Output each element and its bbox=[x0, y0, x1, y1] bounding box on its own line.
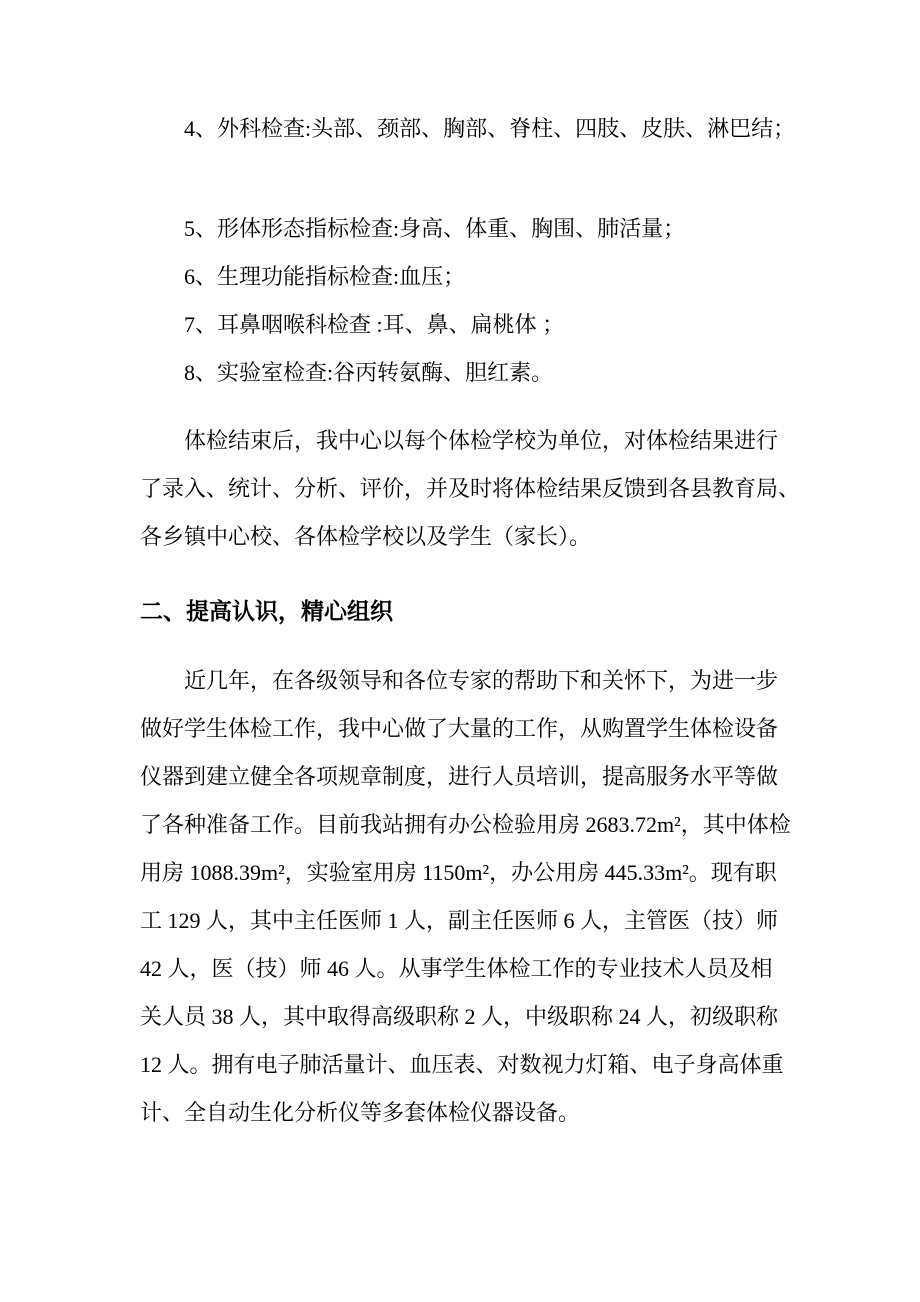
paragraph-line: 了各种准备工作。目前我站拥有办公检验用房 2683.72m²，其中体检 bbox=[140, 801, 817, 849]
document-page: 4、外科检查:头部、颈部、胸部、脊柱、四肢、皮肤、淋巴结； 5、形体形态指标检查… bbox=[0, 0, 920, 1302]
list-item-6-physiological-indicators: 6、生理功能指标检查:血压； bbox=[140, 253, 817, 301]
paragraph-line: 各乡镇中心校、各体检学校以及学生（家长）。 bbox=[140, 513, 817, 561]
paragraph-line: 12 人。拥有电子肺活量计、血压表、对数视力灯箱、电子身高体重 bbox=[140, 1041, 817, 1089]
list-item-7-ent-exam: 7、耳鼻咽喉科检查 :耳、鼻、扁桃体 ； bbox=[140, 301, 817, 349]
paragraph-line: 近几年，在各级领导和各位专家的帮助下和关怀下，为进一步 bbox=[140, 657, 817, 705]
paragraph-line: 做好学生体检工作，我中心做了大量的工作，从购置学生体检设备 bbox=[140, 705, 817, 753]
paragraph-line: 仪器到建立健全各项规章制度，进行人员培训，提高服务水平等做 bbox=[140, 753, 817, 801]
paragraph-line: 用房 1088.39m²，实验室用房 1150m²，办公用房 445.33m²。… bbox=[140, 849, 817, 897]
list-item-4-surgical-exam: 4、外科检查:头部、颈部、胸部、脊柱、四肢、皮肤、淋巴结； bbox=[140, 105, 817, 153]
paragraph-line: 体检结束后，我中心以每个体检学校为单位，对体检结果进行 bbox=[140, 417, 817, 465]
paragraph-line: 了录入、统计、分析、评价，并及时将体检结果反馈到各县教育局、 bbox=[140, 465, 817, 513]
paragraph-line: 42 人，医（技）师 46 人。从事学生体检工作的专业技术人员及相 bbox=[140, 945, 817, 993]
blank-line bbox=[140, 153, 817, 205]
paragraph-line: 工 129 人，其中主任医师 1 人，副主任医师 6 人，主管医（技）师 bbox=[140, 897, 817, 945]
section-heading-2: 二、提高认识，精心组织 bbox=[140, 587, 817, 635]
list-item-8-laboratory-exam: 8、实验室检查:谷丙转氨酶、胆红素。 bbox=[140, 349, 817, 397]
list-item-5-body-shape-indicators: 5、形体形态指标检查:身高、体重、胸围、肺活量； bbox=[140, 205, 817, 253]
paragraph-exam-results-feedback: 体检结束后，我中心以每个体检学校为单位，对体检结果进行 了录入、统计、分析、评价… bbox=[140, 417, 817, 561]
paragraph-line: 关人员 38 人，其中取得高级职称 2 人，中级职称 24 人，初级职称 bbox=[140, 993, 817, 1041]
paragraph-line: 计、全自动生化分析仪等多套体检仪器设备。 bbox=[140, 1089, 817, 1137]
paragraph-preparation-and-resources: 近几年，在各级领导和各位专家的帮助下和关怀下，为进一步 做好学生体检工作，我中心… bbox=[140, 657, 817, 1137]
